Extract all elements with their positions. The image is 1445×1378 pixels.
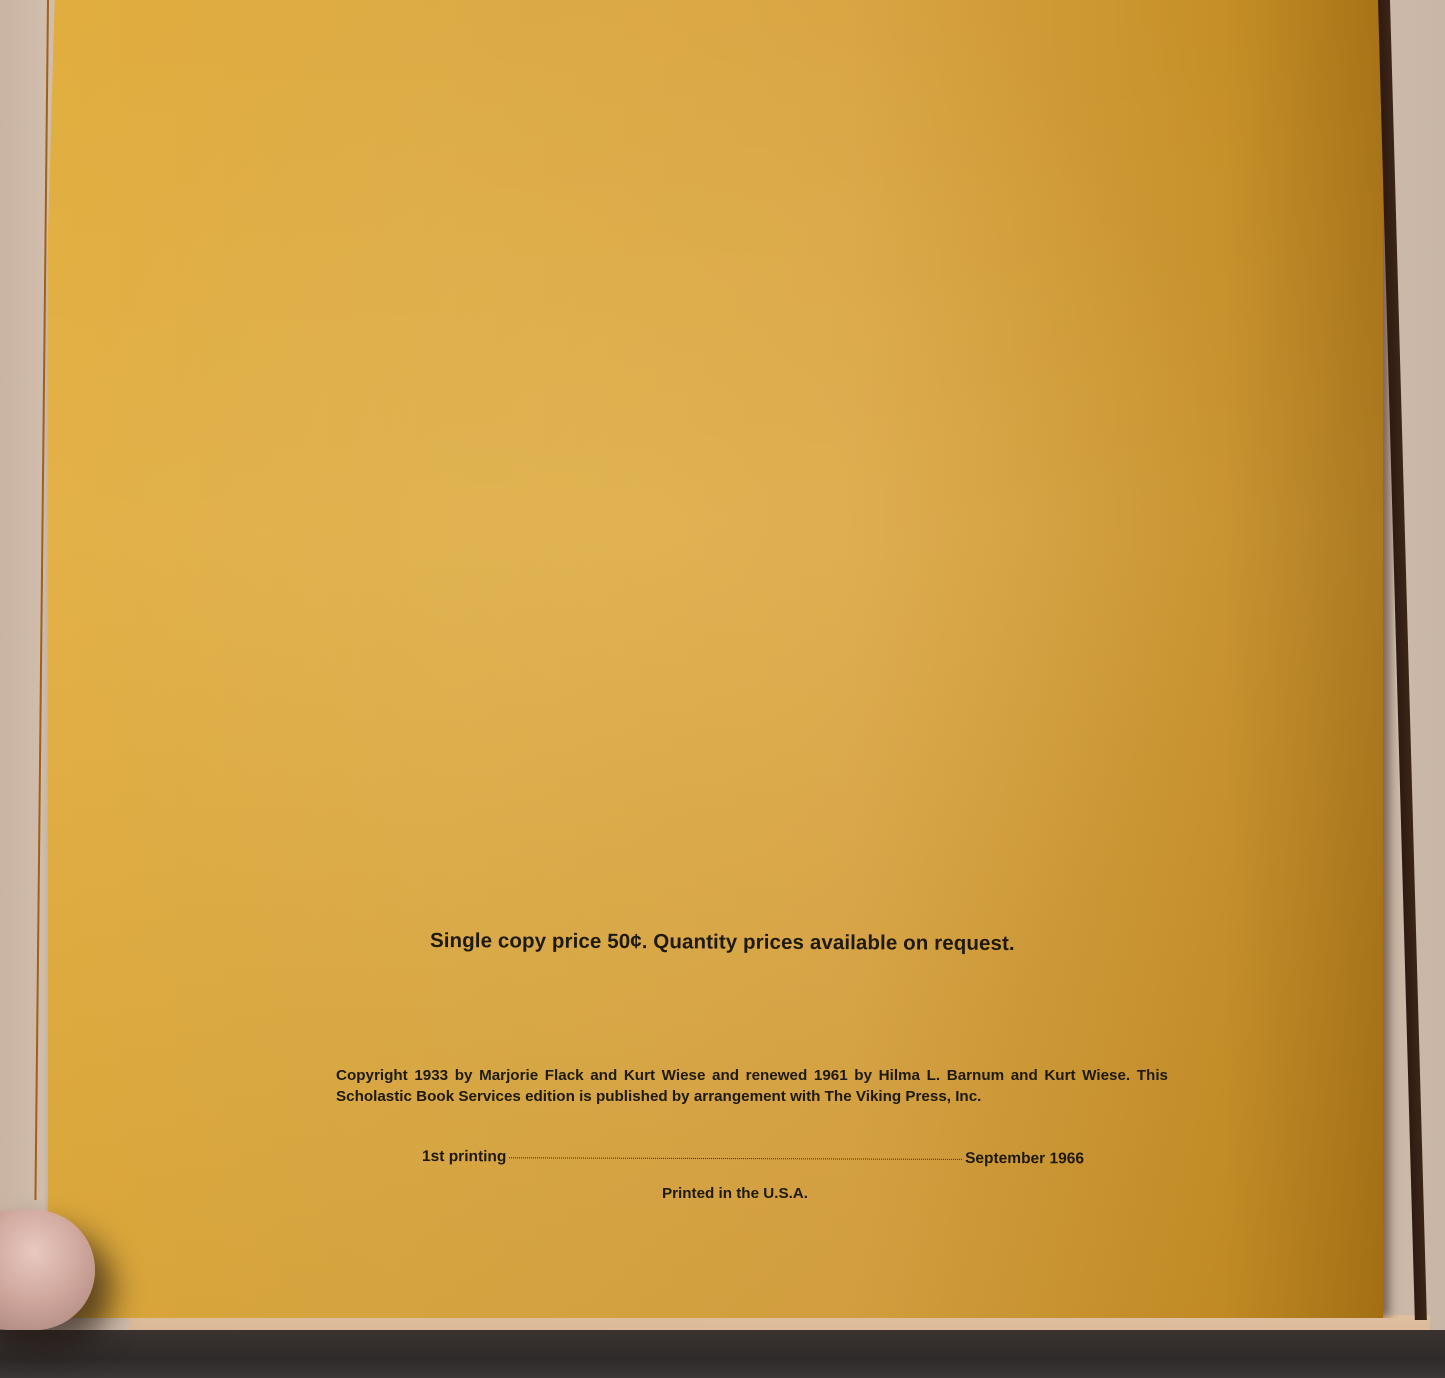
dotted-leader bbox=[509, 1157, 962, 1160]
price-notice: Single copy price 50¢. Quantity prices a… bbox=[430, 929, 1080, 956]
printing-history: 1st printing September 1966 bbox=[422, 1148, 1084, 1168]
printing-label: 1st printing bbox=[422, 1148, 506, 1166]
copyright-notice: Copyright 1933 by Marjorie Flack and Kur… bbox=[336, 1066, 1168, 1107]
cover-text: Single copy price 50¢. Quantity prices a… bbox=[0, 0, 1445, 1378]
printed-in-notice: Printed in the U.S.A. bbox=[662, 1185, 808, 1202]
printing-date: September 1966 bbox=[965, 1150, 1084, 1168]
